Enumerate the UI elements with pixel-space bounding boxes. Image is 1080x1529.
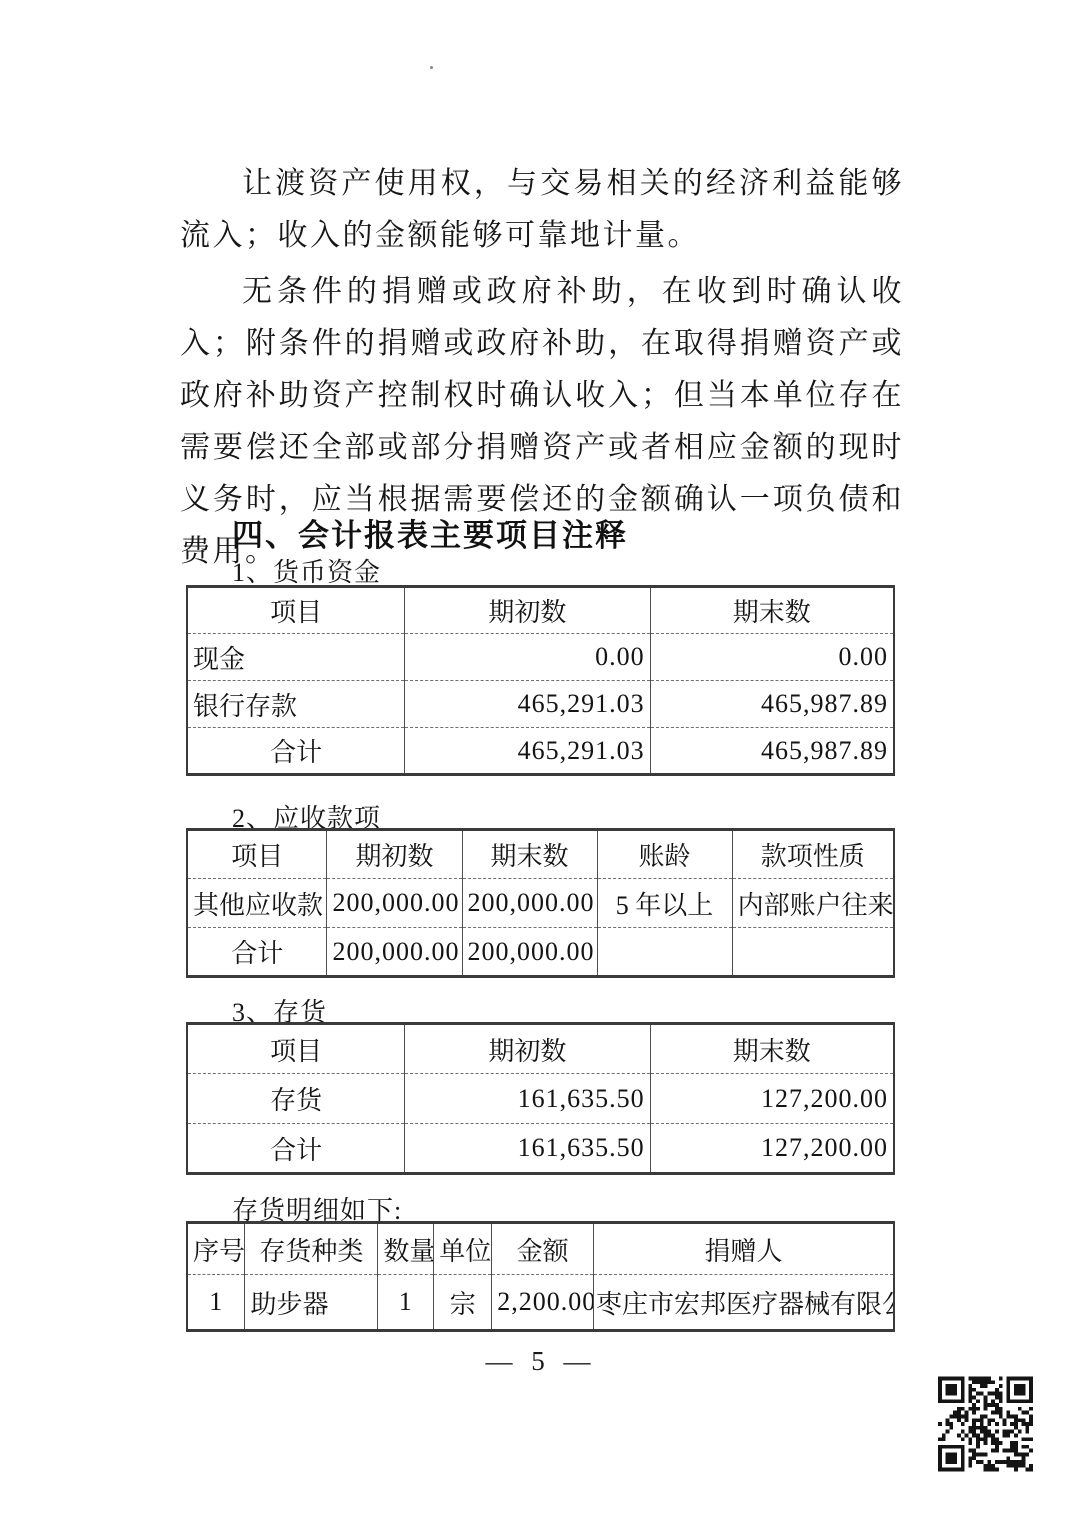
table-row: 1 助步器 1 宗 2,200.00 枣庄市宏邦医疗器械有限公司 xyxy=(187,1275,894,1331)
table-header-cell: 金额 xyxy=(492,1223,594,1275)
scan-artifact-dot xyxy=(430,66,433,69)
table-cell: 枣庄市宏邦医疗器械有限公司 xyxy=(593,1275,894,1331)
table-cell: 内部账户往来款 xyxy=(732,879,894,928)
table-cell: 465,987.89 xyxy=(650,728,894,775)
table-header-row: 项目 期初数 期末数 xyxy=(187,1024,894,1074)
table-cell: 1 xyxy=(378,1275,434,1331)
table-cell: 1 xyxy=(187,1275,245,1331)
table-row: 存货 161,635.50 127,200.00 xyxy=(187,1074,894,1124)
table-cell: 合计 xyxy=(187,1124,405,1174)
table-cell: 5 年以上 xyxy=(597,879,732,928)
table-cell: 161,635.50 xyxy=(405,1074,650,1124)
table-header-row: 项目 期初数 期末数 xyxy=(187,587,894,634)
table-header-cell: 数量 xyxy=(378,1223,434,1275)
table-cell: 宗 xyxy=(434,1275,492,1331)
monetary-funds-table: 项目 期初数 期末数 现金 0.00 0.00 银行存款 465,291.03 … xyxy=(186,585,895,776)
table-cell: 合计 xyxy=(187,728,405,775)
page-number: — 5 — xyxy=(180,1346,902,1377)
table-cell: 465,987.89 xyxy=(650,681,894,728)
table-header-cell: 期初数 xyxy=(405,587,650,634)
table-cell: 161,635.50 xyxy=(405,1124,650,1174)
document-page: 让渡资产使用权，与交易相关的经济利益能够流入；收入的金额能够可靠地计量。 无条件… xyxy=(0,0,1080,1529)
table-total-row: 合计 200,000.00 200,000.00 xyxy=(187,928,894,977)
table-header-cell: 单位 xyxy=(434,1223,492,1275)
table-cell: 其他应收款 xyxy=(187,879,327,928)
table-header-row: 序号 存货种类 数量 单位 金额 捐赠人 xyxy=(187,1223,894,1275)
table-header-cell: 款项性质 xyxy=(732,830,894,879)
table-cell: 现金 xyxy=(187,634,405,681)
table-row: 银行存款 465,291.03 465,987.89 xyxy=(187,681,894,728)
table-header-cell: 期初数 xyxy=(405,1024,650,1074)
table-cell: 存货 xyxy=(187,1074,405,1124)
table-header-cell: 项目 xyxy=(187,830,327,879)
table-header-cell: 序号 xyxy=(187,1223,245,1275)
table-cell: 200,000.00 xyxy=(462,928,597,977)
table-cell: 465,291.03 xyxy=(405,681,650,728)
table-cell xyxy=(732,928,894,977)
table-cell: 465,291.03 xyxy=(405,728,650,775)
table-header-cell: 期初数 xyxy=(327,830,462,879)
section-heading-notes: 四、会计报表主要项目注释 xyxy=(232,510,628,555)
table-cell: 助步器 xyxy=(245,1275,378,1331)
table-cell: 银行存款 xyxy=(187,681,405,728)
table-cell: 2,200.00 xyxy=(492,1275,594,1331)
table-total-row: 合计 465,291.03 465,987.89 xyxy=(187,728,894,775)
table-cell: 200,000.00 xyxy=(327,879,462,928)
table-cell: 200,000.00 xyxy=(462,879,597,928)
table-cell: 200,000.00 xyxy=(327,928,462,977)
table-header-row: 项目 期初数 期末数 账龄 款项性质 xyxy=(187,830,894,879)
paragraph-revenue-recognition: 让渡资产使用权，与交易相关的经济利益能够流入；收入的金额能够可靠地计量。 xyxy=(180,158,904,262)
table-total-row: 合计 161,635.50 127,200.00 xyxy=(187,1124,894,1174)
table-header-cell: 项目 xyxy=(187,587,405,634)
table-row: 现金 0.00 0.00 xyxy=(187,634,894,681)
table-cell: 0.00 xyxy=(405,634,650,681)
table-cell: 127,200.00 xyxy=(650,1074,894,1124)
table-cell: 127,200.00 xyxy=(650,1124,894,1174)
label-monetary-funds: 1、货币资金 xyxy=(232,552,381,589)
table-cell: 合计 xyxy=(187,928,327,977)
table-header-cell: 捐赠人 xyxy=(593,1223,894,1275)
table-cell: 0.00 xyxy=(650,634,894,681)
table-cell xyxy=(597,928,732,977)
table-header-cell: 期末数 xyxy=(462,830,597,879)
table-row: 其他应收款 200,000.00 200,000.00 5 年以上 内部账户往来… xyxy=(187,879,894,928)
table-header-cell: 期末数 xyxy=(650,587,894,634)
qr-code xyxy=(938,1375,1033,1473)
inventory-table: 项目 期初数 期末数 存货 161,635.50 127,200.00 合计 1… xyxy=(186,1022,895,1175)
receivables-table: 项目 期初数 期末数 账龄 款项性质 其他应收款 200,000.00 200,… xyxy=(186,828,895,978)
inventory-detail-table: 序号 存货种类 数量 单位 金额 捐赠人 1 助步器 1 宗 2,200.00 … xyxy=(186,1221,895,1332)
table-header-cell: 项目 xyxy=(187,1024,405,1074)
table-header-cell: 账龄 xyxy=(597,830,732,879)
table-header-cell: 期末数 xyxy=(650,1024,894,1074)
table-header-cell: 存货种类 xyxy=(245,1223,378,1275)
